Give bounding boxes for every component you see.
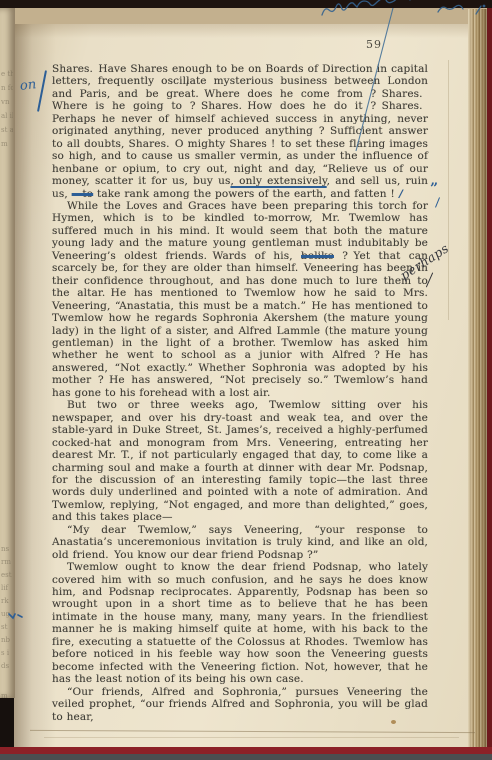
paragraph: Twemlow ought to know the dear friend Po… (52, 561, 428, 686)
edge-text-fragment: lif (1, 584, 13, 592)
edge-text-fragment: al il (1, 112, 13, 120)
text-segment: But two or three weeks ago, Twemlow sitt… (52, 399, 428, 523)
edge-text-fragment: ns (1, 545, 13, 553)
page-number: 59 (366, 38, 382, 51)
edge-text-fragment: s i (1, 649, 13, 657)
text-segment: —to (72, 188, 93, 200)
text-block: Shares. Have Shares enough to be on Boar… (52, 63, 428, 723)
edge-text-fragment: st (1, 623, 13, 631)
edge-text-fragment: est (1, 571, 13, 579)
book-page-photo: e thn fovnal ilst aimnsrmestlifrkugstnbs… (0, 0, 492, 760)
photo-bottom-bar (0, 754, 492, 760)
paragraph: While the Loves and Graces have been pre… (52, 200, 428, 399)
text-segment: belike (301, 250, 334, 262)
photo-top-bar (0, 0, 492, 8)
edge-text-fragment: rk (1, 597, 13, 605)
text-segment: Twemlow ought to know the dear friend Po… (52, 561, 428, 685)
edge-text-fragment: ds (1, 662, 13, 670)
edge-text-fragment: vn (1, 98, 13, 106)
text-segment: Shares. Have Shares enough to be on Boar… (52, 63, 428, 187)
paragraph: “My dear Twemlow,” says Veneering, “your… (52, 524, 428, 561)
text-segment: , only extensively (230, 175, 326, 187)
edge-text-fragment: nb (1, 636, 13, 644)
edge-text-fragment: ug (1, 610, 13, 618)
paragraph: But two or three weeks ago, Twemlow sitt… (52, 399, 428, 524)
edge-text-fragment: m (1, 692, 13, 700)
edge-text-fragment: rm (1, 558, 13, 566)
text-segment: ? Yet that can scarcely be, for they are… (52, 250, 428, 399)
paragraph: Shares. Have Shares enough to be on Boar… (52, 63, 428, 200)
text-segment: / (395, 188, 403, 200)
book-cover-edge-right (487, 0, 492, 760)
edge-text-fragment: st ai (1, 126, 13, 134)
adjacent-page-edge: e thn fovnal ilst aimnsrmestlifrkugstnbs… (0, 8, 15, 698)
text-segment: “My dear Twemlow,” says Veneering, “your… (52, 524, 428, 561)
edge-text-fragment: m (1, 140, 13, 148)
paragraph: “Our friends, Alfred and Sophronia,” pur… (52, 686, 428, 723)
text-segment: “Our friends, Alfred and Sophronia,” pur… (52, 686, 428, 723)
text-segment: take rank among the powers of the earth,… (93, 188, 395, 200)
edge-text-fragment: n fo (1, 84, 13, 92)
edge-text-fragment: e th (1, 70, 13, 78)
